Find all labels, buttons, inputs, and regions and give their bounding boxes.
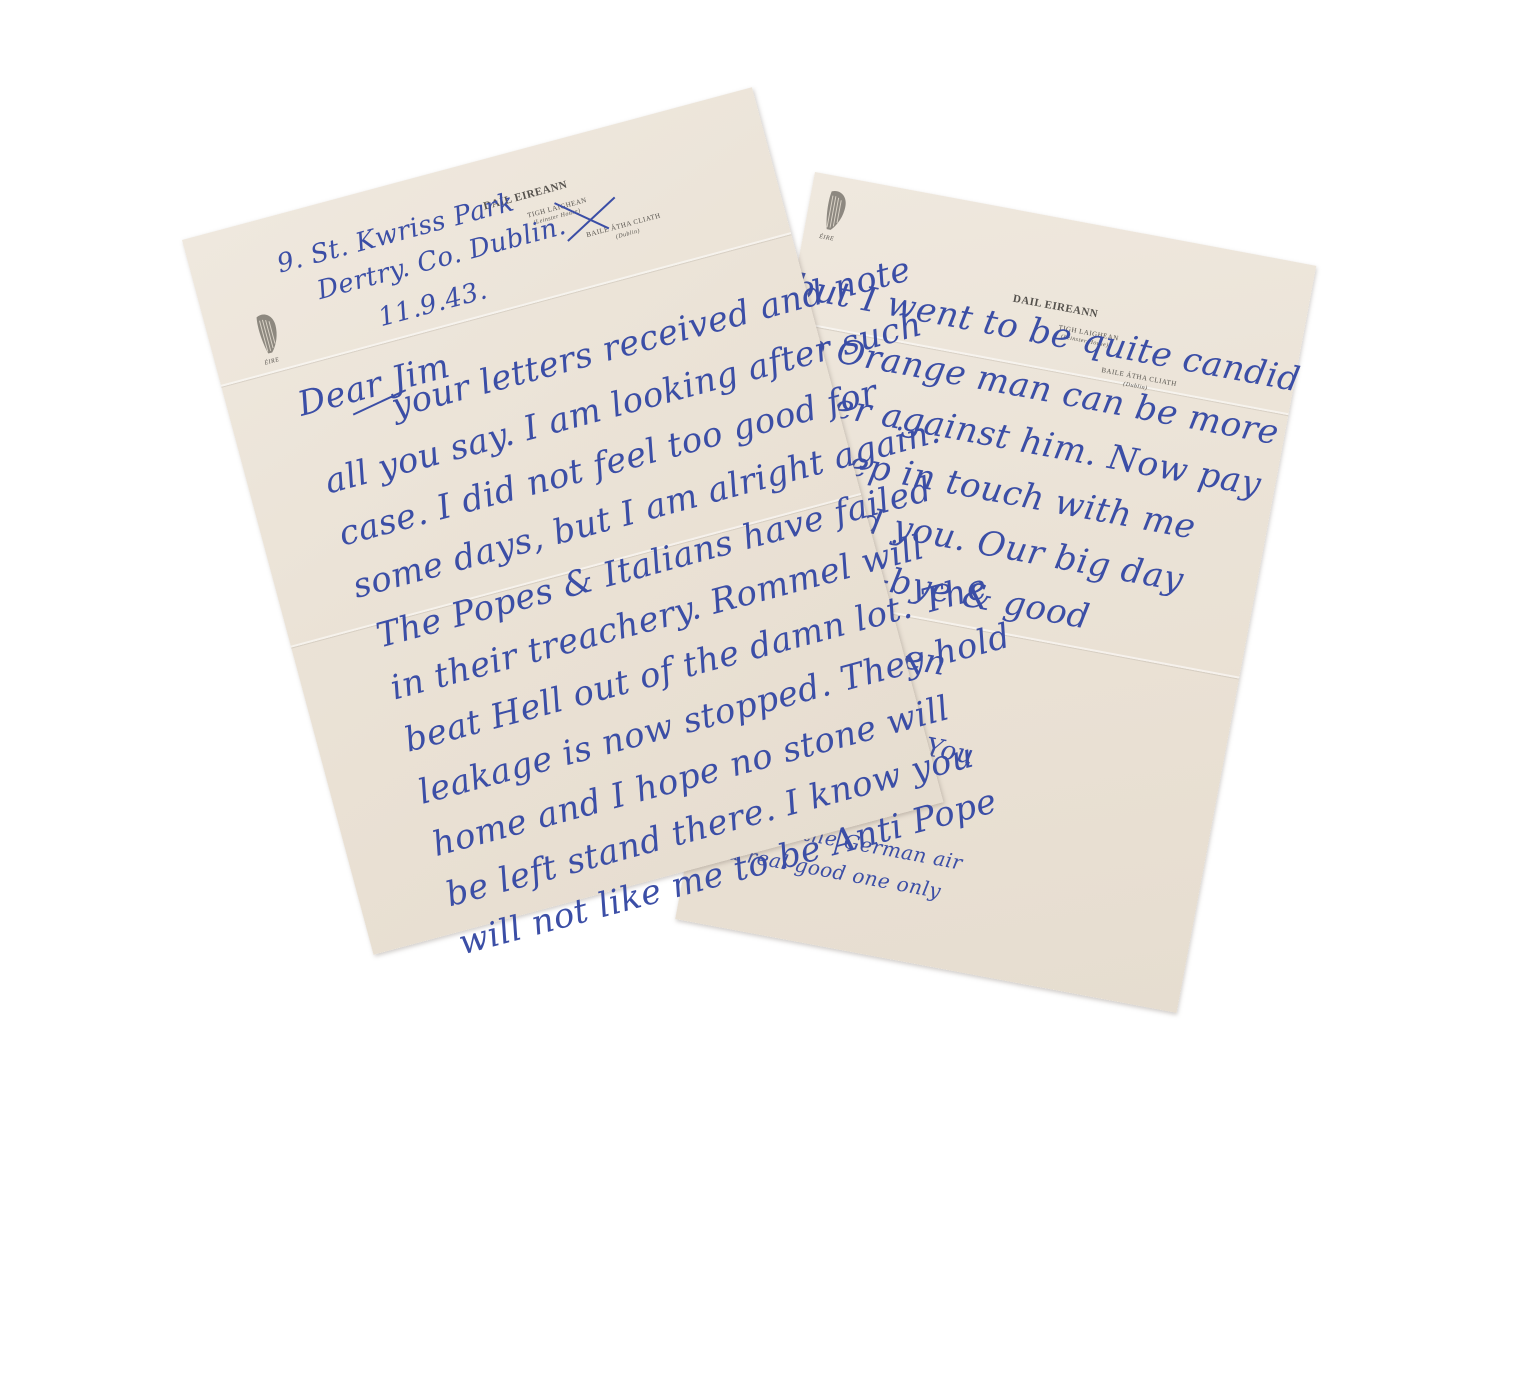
harp-emblem-icon bbox=[250, 308, 288, 361]
document-photo: ÉIRE DAIL EIREANN TIGH LAIGHEAN (Leinste… bbox=[0, 0, 1516, 1393]
harp-emblem-icon bbox=[818, 186, 852, 238]
